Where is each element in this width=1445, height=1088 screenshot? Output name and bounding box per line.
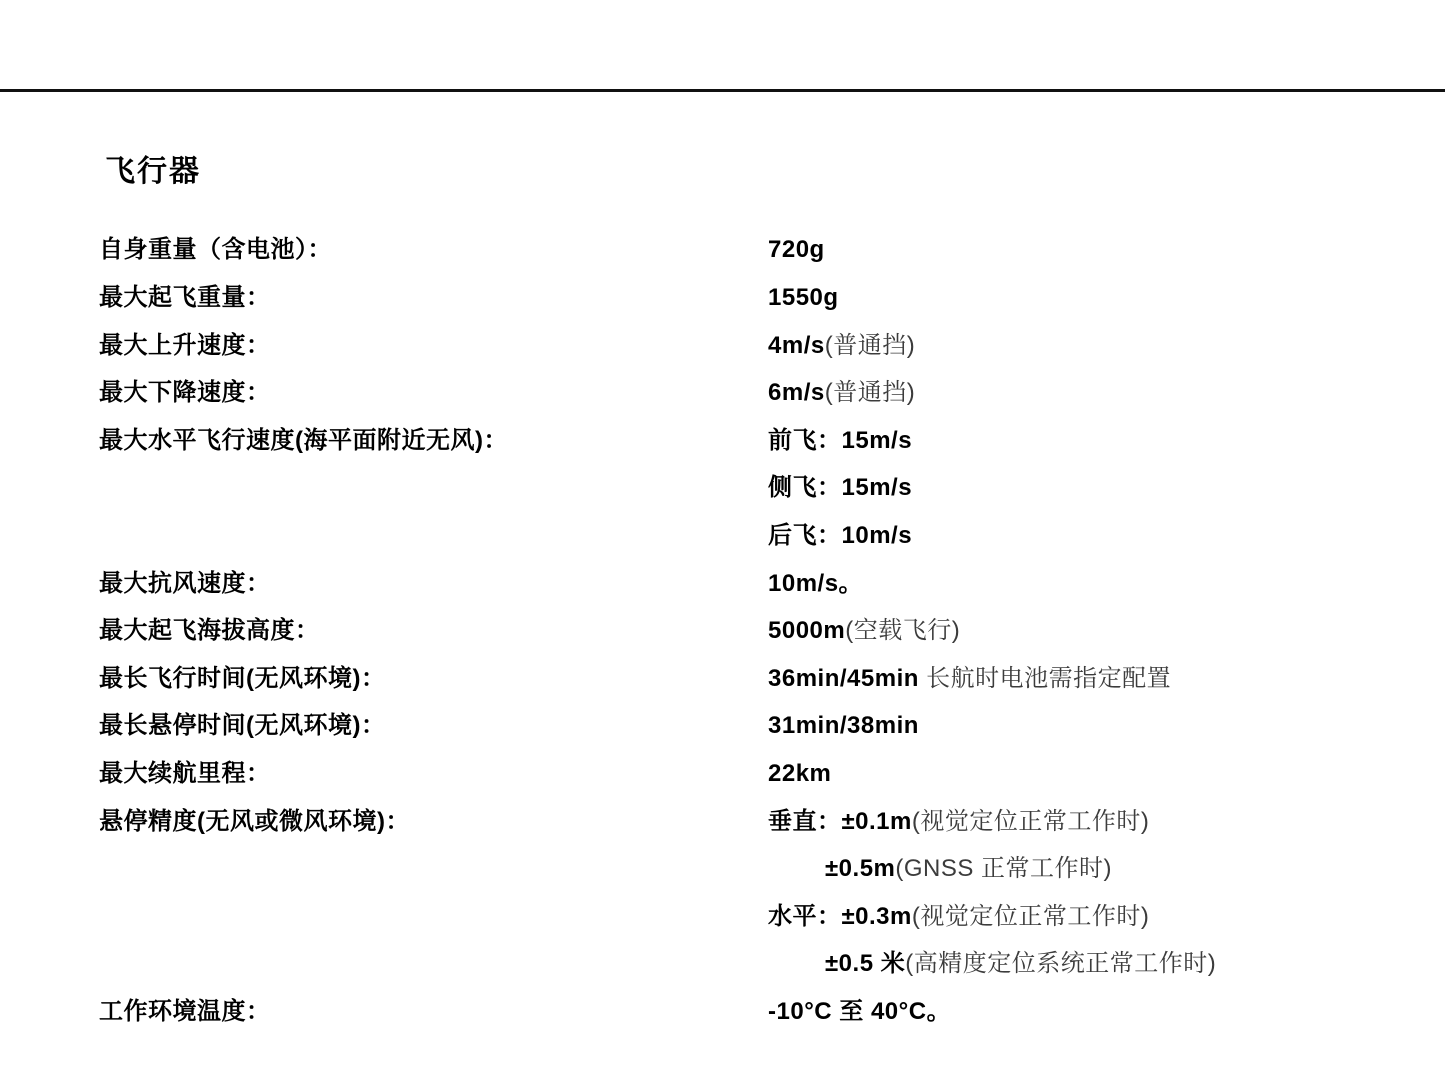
spec-value-note: (视觉定位正常工作时)	[912, 808, 1149, 835]
spec-row: 最长悬停时间(无风环境)： 31min/38min	[99, 703, 1379, 751]
spec-label: 悬停精度(无风或微风环境)：	[99, 808, 768, 837]
spec-label: 最大水平飞行速度(海平面附近无风)：	[99, 427, 768, 456]
spec-row: ±0.5m(GNSS 正常工作时)	[99, 846, 1379, 894]
spec-label: 最大下降速度：	[99, 379, 768, 408]
spec-value: 36min/45min 长航时电池需指定配置	[768, 665, 1379, 694]
spec-value: 10m/s。	[768, 570, 1379, 599]
spec-label: 工作环境温度：	[99, 998, 768, 1027]
spec-value-strong: 5000m	[768, 617, 845, 644]
spec-row: 最大起飞重量： 1550g	[99, 275, 1379, 323]
spec-row: 最大抗风速度： 10m/s。	[99, 560, 1379, 608]
spec-value: ±0.5 米(高精度定位系统正常工作时)	[768, 950, 1379, 979]
spec-row: 自身重量（含电池）： 720g	[99, 227, 1379, 275]
page-title: 飞行器	[105, 146, 201, 190]
spec-row: 后飞：10m/s	[99, 513, 1379, 561]
spec-value: 前飞：15m/s	[768, 427, 1379, 456]
spec-row: 侧飞：15m/s	[99, 465, 1379, 513]
spec-value-strong: 1550g	[768, 284, 839, 311]
spec-label: 最长悬停时间(无风环境)：	[99, 712, 768, 741]
spec-value-note: (空载飞行)	[845, 617, 960, 644]
spec-row: 最大起飞海拔高度： 5000m(空载飞行)	[99, 608, 1379, 656]
spec-value: 6m/s(普通挡)	[768, 379, 1379, 408]
spec-value: 5000m(空载飞行)	[768, 617, 1379, 646]
spec-value-strong: 后飞：10m/s	[768, 522, 912, 549]
spec-value: 侧飞：15m/s	[768, 474, 1379, 503]
spec-row: 水平：±0.3m(视觉定位正常工作时)	[99, 893, 1379, 941]
spec-value: 垂直：±0.1m(视觉定位正常工作时)	[768, 808, 1379, 837]
spec-table: 自身重量（含电池）： 720g 最大起飞重量： 1550g 最大上升速度： 4m…	[99, 227, 1379, 1036]
spec-value: 后飞：10m/s	[768, 522, 1379, 551]
spec-value: 1550g	[768, 284, 1379, 313]
spec-value-note: (普通挡)	[825, 332, 915, 359]
spec-value: -10°C 至 40°C。	[768, 998, 1379, 1027]
spec-value-strong: 10m/s。	[768, 570, 863, 597]
spec-value-note: (GNSS 正常工作时)	[895, 855, 1112, 882]
spec-value-strong: ±0.5m	[825, 855, 895, 882]
spec-row: 最大续航里程： 22km	[99, 751, 1379, 799]
spec-value: 31min/38min	[768, 712, 1379, 741]
spec-value-strong: 4m/s	[768, 332, 825, 359]
spec-row: 最大水平飞行速度(海平面附近无风)： 前飞：15m/s	[99, 417, 1379, 465]
spec-value-note: (高精度定位系统正常工作时)	[905, 950, 1216, 977]
spec-row: 最长飞行时间(无风环境)： 36min/45min 长航时电池需指定配置	[99, 655, 1379, 703]
spec-value: 22km	[768, 760, 1379, 789]
spec-value-strong: 垂直：±0.1m	[768, 808, 912, 835]
spec-value-note: (普通挡)	[825, 379, 915, 406]
spec-value-strong: 侧飞：15m/s	[768, 474, 912, 501]
spec-row: 工作环境温度： -10°C 至 40°C。	[99, 989, 1379, 1037]
spec-row: ±0.5 米(高精度定位系统正常工作时)	[99, 941, 1379, 989]
spec-value: ±0.5m(GNSS 正常工作时)	[768, 855, 1379, 884]
spec-value-note: 长航时电池需指定配置	[919, 665, 1171, 692]
spec-value-strong: -10°C 至 40°C。	[768, 998, 951, 1025]
spec-value-strong: 36min/45min	[768, 665, 919, 692]
spec-value-note: (视觉定位正常工作时)	[912, 903, 1149, 930]
spec-label: 最大起飞海拔高度：	[99, 617, 768, 646]
spec-value: 4m/s(普通挡)	[768, 332, 1379, 361]
spec-label: 最大抗风速度：	[99, 570, 768, 599]
spec-row: 最大下降速度： 6m/s(普通挡)	[99, 370, 1379, 418]
spec-value-strong: 720g	[768, 236, 825, 263]
spec-row: 悬停精度(无风或微风环境)： 垂直：±0.1m(视觉定位正常工作时)	[99, 798, 1379, 846]
spec-label: 最大续航里程：	[99, 760, 768, 789]
spec-value: 水平：±0.3m(视觉定位正常工作时)	[768, 903, 1379, 932]
spec-row: 最大上升速度： 4m/s(普通挡)	[99, 322, 1379, 370]
spec-label: 自身重量（含电池）：	[99, 236, 768, 265]
spec-value-strong: 水平：±0.3m	[768, 903, 912, 930]
spec-value-strong: ±0.5 米	[825, 950, 905, 977]
spec-label: 最长飞行时间(无风环境)：	[99, 665, 768, 694]
spec-value-strong: 前飞：15m/s	[768, 427, 912, 454]
spec-label: 最大上升速度：	[99, 332, 768, 361]
top-divider	[0, 89, 1445, 92]
spec-value-strong: 6m/s	[768, 379, 825, 406]
spec-value-strong: 31min/38min	[768, 712, 919, 739]
spec-label: 最大起飞重量：	[99, 284, 768, 313]
spec-value: 720g	[768, 236, 1379, 265]
spec-value-strong: 22km	[768, 760, 831, 787]
